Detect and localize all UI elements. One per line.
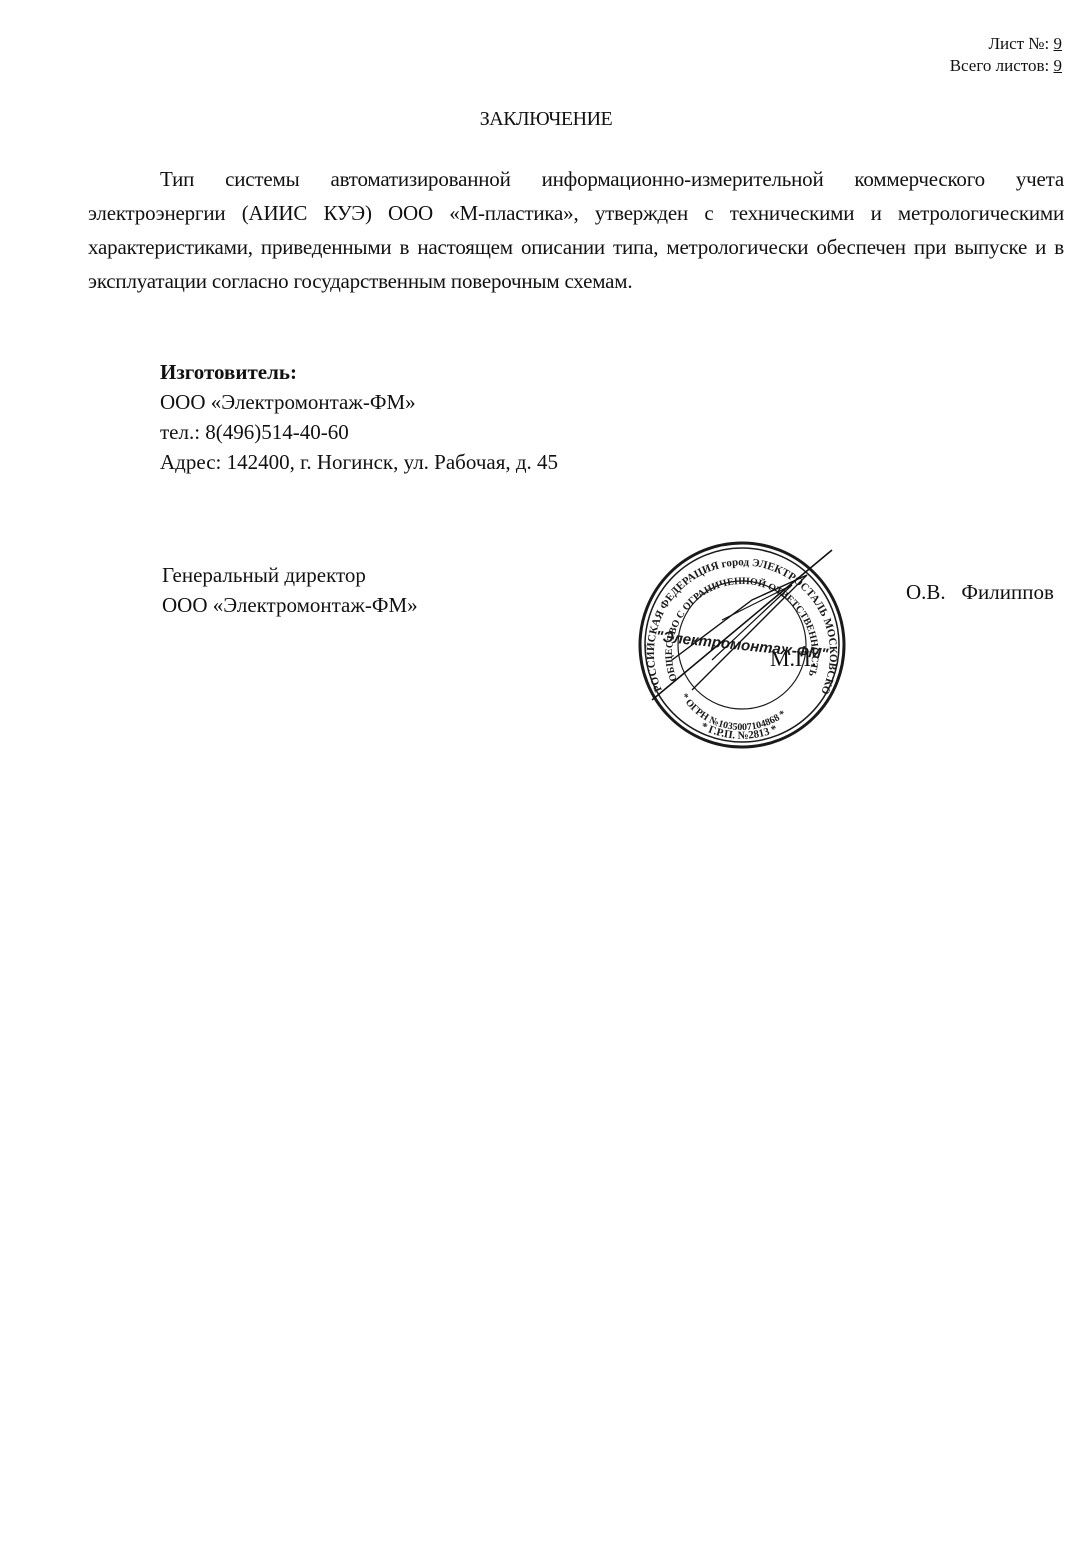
signatory-block: Генеральный директор ООО «Электромонтаж-…	[162, 560, 418, 620]
manufacturer-block: Изготовитель: ООО «Электромонтаж-ФМ» тел…	[160, 357, 558, 477]
conclusion-paragraph: Тип системы автоматизированной информаци…	[88, 162, 1064, 298]
document-title: ЗАКЛЮЧЕНИЕ	[0, 108, 1092, 131]
manufacturer-phone: тел.: 8(496)514-40-60	[160, 417, 558, 447]
manufacturer-company: ООО «Электромонтаж-ФМ»	[160, 387, 558, 417]
total-sheets-line: Всего листов: 9	[950, 55, 1062, 77]
manufacturer-label: Изготовитель:	[160, 357, 558, 387]
seal-mark-label: М.П.	[770, 646, 816, 672]
total-sheets-label: Всего листов:	[950, 56, 1054, 75]
sheet-number-line: Лист №: 9	[950, 33, 1062, 55]
company-seal-icon: РОССИЙСКАЯ ФЕДЕРАЦИЯ город ЭЛЕКТРОСТАЛЬ …	[632, 540, 852, 750]
signatory-position: Генеральный директор	[162, 560, 418, 590]
sheet-number-label: Лист №:	[988, 34, 1053, 53]
manufacturer-address: Адрес: 142400, г. Ногинск, ул. Рабочая, …	[160, 447, 558, 477]
total-sheets-number: 9	[1054, 56, 1063, 75]
sheet-number: 9	[1054, 34, 1063, 53]
signatory-company: ООО «Электромонтаж-ФМ»	[162, 590, 418, 620]
signatory-name: О.В. Филиппов	[906, 580, 1054, 605]
sheet-info: Лист №: 9 Всего листов: 9	[950, 33, 1062, 77]
